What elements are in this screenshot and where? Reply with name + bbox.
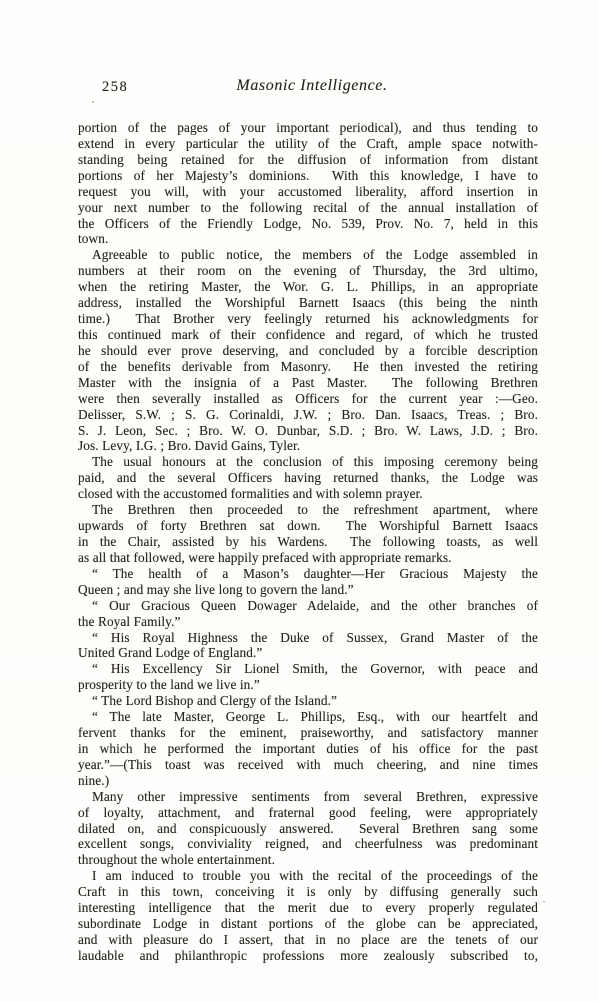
text-line: in which he performed the important duti… [78, 741, 538, 757]
paragraph: “ His Royal Highness the Duke of Sussex,… [78, 630, 538, 662]
text-line: year.”—(This toast was received with muc… [78, 757, 538, 773]
text-line: paid, and the several Officers having re… [78, 470, 538, 486]
text-line: numbers at their room on the evening of … [78, 263, 538, 279]
text-line: in the Chair, assisted by his Wardens. T… [78, 534, 538, 550]
paragraph: portion of the pages of your important p… [78, 120, 538, 247]
text-line: Delisser, S.W. ; S. G. Corinaldi, J.W. ;… [78, 407, 538, 423]
paragraph: “ The late Master, George L. Phillips, E… [78, 709, 538, 789]
paragraph: Agreeable to public notice, the members … [78, 247, 538, 454]
text-line: your next number to the following recita… [78, 200, 538, 216]
text-line: fervent thanks for the eminent, praisewo… [78, 725, 538, 741]
text-line: of the benefits derivable from Masonry. … [78, 359, 538, 375]
text-line: nine.) [78, 773, 538, 789]
running-title: Masonic Intelligence. [78, 77, 546, 95]
paragraph: The Brethren then proceeded to the refre… [78, 502, 538, 566]
text-line: “ Our Gracious Queen Dowager Adelaide, a… [78, 598, 538, 614]
text-line: The Brethren then proceeded to the refre… [78, 502, 538, 518]
text-block: portion of the pages of your important p… [78, 120, 538, 964]
paragraph: Many other impressive sentiments from se… [78, 789, 538, 869]
scan-speck [496, 930, 497, 931]
text-line: portions of her Majesty’s dominions. Wit… [78, 168, 538, 184]
text-line: this continued mark of their confidence … [78, 327, 538, 343]
scanned-page: 258 Masonic Intelligence. portion of the… [0, 0, 598, 1002]
text-line: address, installed the Worshipful Barnet… [78, 295, 538, 311]
text-line: Craft in this town, conceiving it is onl… [78, 884, 538, 900]
text-line: when the retiring Master, the Wor. G. L.… [78, 279, 538, 295]
paragraph: I am induced to trouble you with the rec… [78, 868, 538, 964]
text-line: town. [78, 231, 538, 247]
text-line: subordinate Lodge in distant portions of… [78, 916, 538, 932]
paragraph: The usual honours at the conclusion of t… [78, 454, 538, 502]
text-line: the Officers of the Friendly Lodge, No. … [78, 216, 538, 232]
text-line: request you will, with your accustomed l… [78, 184, 538, 200]
text-line: throughout the whole entertainment. [78, 852, 538, 868]
text-line: The usual honours at the conclusion of t… [78, 454, 538, 470]
text-line: Many other impressive sentiments from se… [78, 789, 538, 805]
text-line: extend in every particular the utility o… [78, 136, 538, 152]
text-line: of loyalty, attachment, and fraternal go… [78, 805, 538, 821]
text-line: standing being retained for the diffusio… [78, 152, 538, 168]
scan-speck [92, 101, 94, 103]
text-line: Jos. Levy, I.G. ; Bro. David Gains, Tyle… [78, 438, 538, 454]
text-line: excellent songs, conviviality reigned, a… [78, 836, 538, 852]
text-line: upwards of forty Brethren sat down. The … [78, 518, 538, 534]
text-line: “ His Excellency Sir Lionel Smith, the G… [78, 661, 538, 677]
text-line: “ The Lord Bishop and Clergy of the Isla… [78, 693, 538, 709]
text-line: Agreeable to public notice, the members … [78, 247, 538, 263]
text-line: were then severally installed as Officer… [78, 391, 538, 407]
text-line: Master with the insignia of a Past Maste… [78, 375, 538, 391]
text-line: portion of the pages of your important p… [78, 120, 538, 136]
running-header: 258 Masonic Intelligence. [78, 77, 538, 99]
text-line: I am induced to trouble you with the rec… [78, 868, 538, 884]
paragraph: “ The health of a Mason’s daughter—Her G… [78, 566, 538, 598]
text-line: closed with the accustomed formalities a… [78, 486, 538, 502]
paragraph: “ His Excellency Sir Lionel Smith, the G… [78, 661, 538, 693]
text-line: laudable and philanthropic professions m… [78, 948, 538, 964]
scan-speck [543, 901, 545, 903]
text-line: as all that followed, were happily prefa… [78, 550, 538, 566]
text-line: and with pleasure do I assert, that in n… [78, 932, 538, 948]
text-line: prosperity to the land we live in.” [78, 677, 538, 693]
text-line: “ The health of a Mason’s daughter—Her G… [78, 566, 538, 582]
text-line: dilated on, and conspicuously answered. … [78, 821, 538, 837]
paragraph: “ The Lord Bishop and Clergy of the Isla… [78, 693, 538, 709]
text-line: “ His Royal Highness the Duke of Sussex,… [78, 630, 538, 646]
text-line: Queen ; and may she live long to govern … [78, 582, 538, 598]
paragraph: “ Our Gracious Queen Dowager Adelaide, a… [78, 598, 538, 630]
text-line: he should ever prove deserving, and conc… [78, 343, 538, 359]
text-line: the Royal Family.” [78, 614, 538, 630]
text-line: time.) That Brother very feelingly retur… [78, 311, 538, 327]
text-line: “ The late Master, George L. Phillips, E… [78, 709, 538, 725]
text-line: S. J. Leon, Sec. ; Bro. W. O. Dunbar, S.… [78, 423, 538, 439]
text-line: interesting intelligence that the merit … [78, 900, 538, 916]
text-line: United Grand Lodge of England.” [78, 645, 538, 661]
